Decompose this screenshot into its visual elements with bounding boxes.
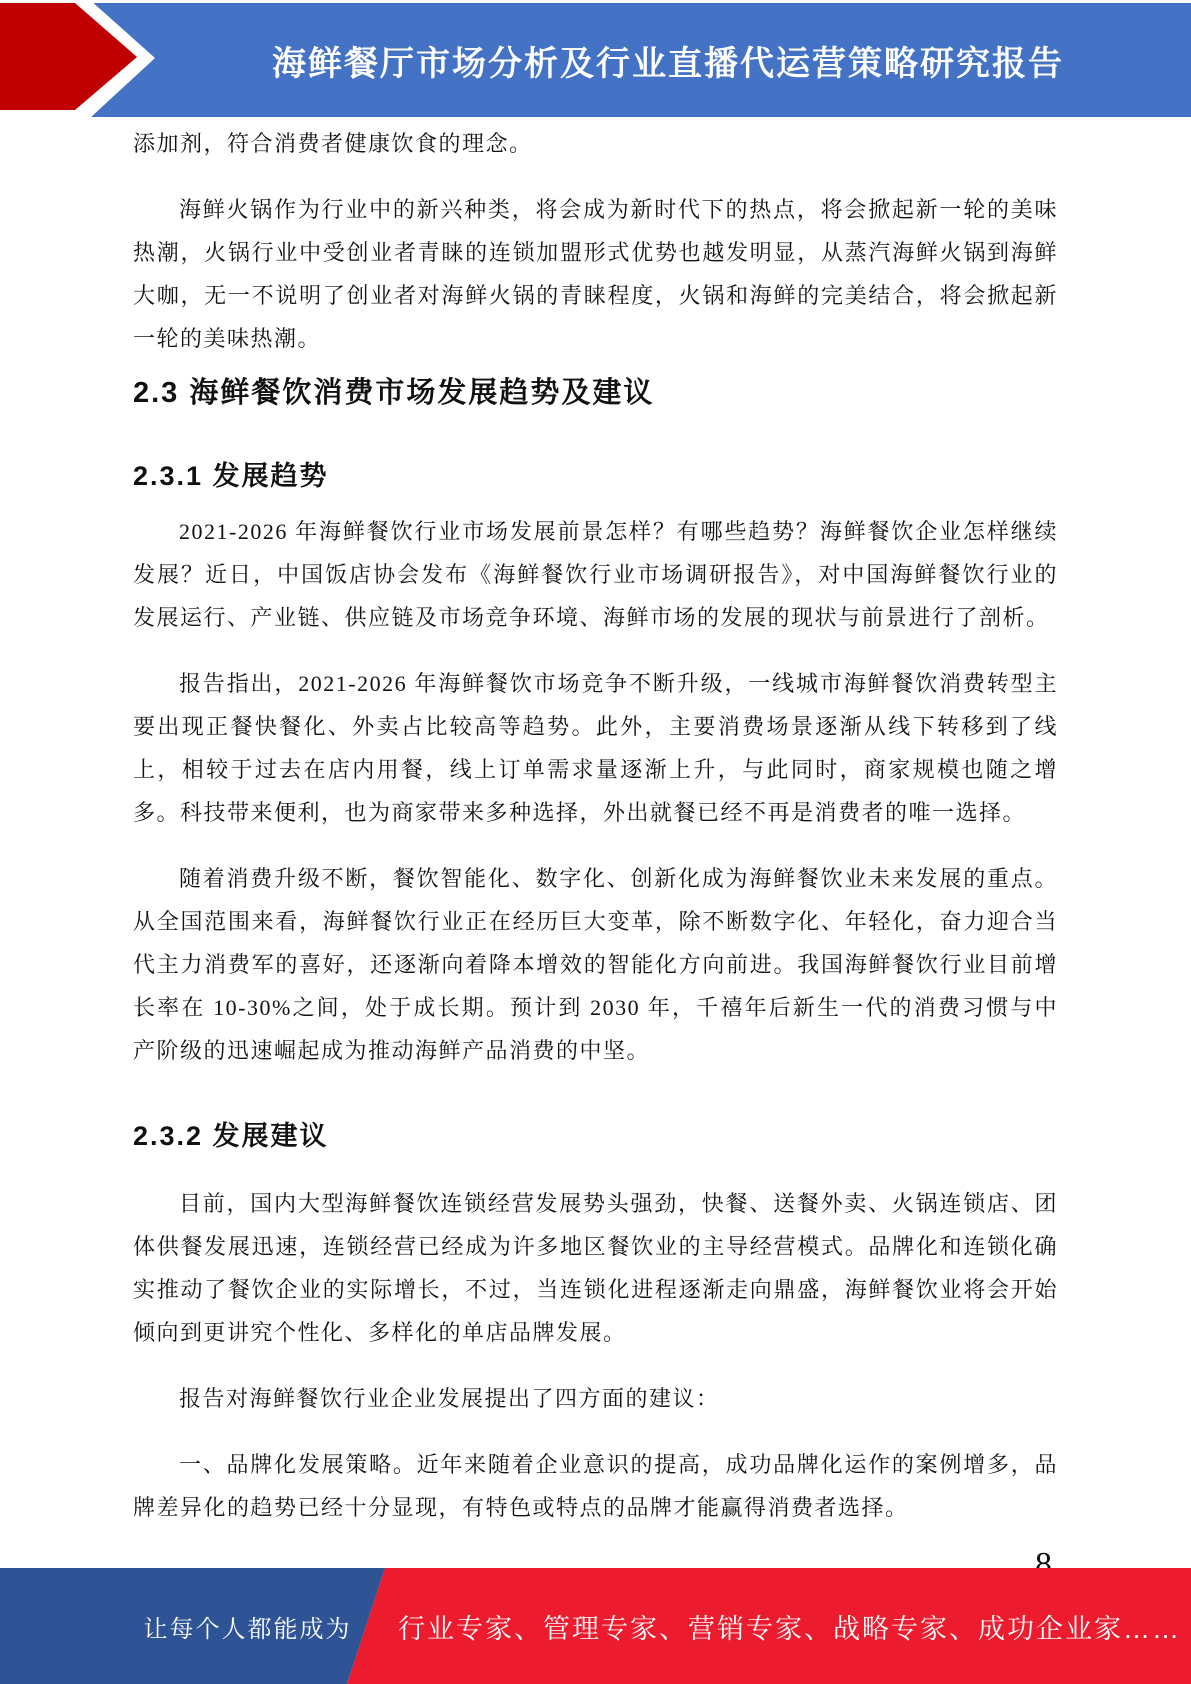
body-paragraph-competition: 报告指出，2021-2026 年海鲜餐饮市场竞争不断升级，一线城市海鲜餐饮消费转… xyxy=(133,662,1058,834)
body-paragraph-chain: 目前，国内大型海鲜餐饮连锁经营发展势头强劲，快餐、送餐外卖、火锅连锁店、团体供餐… xyxy=(133,1182,1058,1354)
page-content: 添加剂，符合消费者健康饮食的理念。 海鲜火锅作为行业中的新兴种类，将会成为新时代… xyxy=(133,118,1058,1586)
section-heading-2-3: 2.3 海鲜餐饮消费市场发展趋势及建议 xyxy=(133,372,1058,414)
report-page: { "header": { "title": "海鲜餐厅市场分析及行业直播代运营… xyxy=(0,0,1191,1684)
subsection-heading-2-3-2: 2.3.2 发展建议 xyxy=(133,1116,1058,1156)
body-paragraph-hotpot: 海鲜火锅作为行业中的新兴种类，将会成为新时代下的热点，将会掀起新一轮的美味热潮，… xyxy=(133,188,1058,360)
body-paragraph-outlook: 2021-2026 年海鲜餐饮行业市场发展前景怎样？有哪些趋势？海鲜餐饮企业怎样… xyxy=(133,510,1058,639)
body-paragraph-suggestions-intro: 报告对海鲜餐饮行业企业发展提出了四方面的建议： xyxy=(133,1377,1058,1420)
footer-slogan-right: 行业专家、管理专家、营销专家、战略专家、成功企业家…… xyxy=(398,1568,1151,1684)
header-banner: 海鲜餐厅市场分析及行业直播代运营策略研究报告 xyxy=(0,0,1191,118)
subsection-heading-2-3-1: 2.3.1 发展趋势 xyxy=(133,456,1058,496)
body-paragraph-branding: 一、品牌化发展策略。近年来随着企业意识的提高，成功品牌化运作的案例增多，品牌差异… xyxy=(133,1443,1058,1529)
body-paragraph-continuation: 添加剂，符合消费者健康饮食的理念。 xyxy=(133,122,1058,165)
footer-banner: 让每个人都能成为 行业专家、管理专家、营销专家、战略专家、成功企业家…… xyxy=(0,1568,1191,1684)
footer-slogan-left: 让每个人都能成为 xyxy=(140,1568,355,1684)
report-title: 海鲜餐厅市场分析及行业直播代运营策略研究报告 xyxy=(170,3,1166,117)
body-paragraph-upgrade: 随着消费升级不断，餐饮智能化、数字化、创新化成为海鲜餐饮业未来发展的重点。从全国… xyxy=(133,857,1058,1072)
